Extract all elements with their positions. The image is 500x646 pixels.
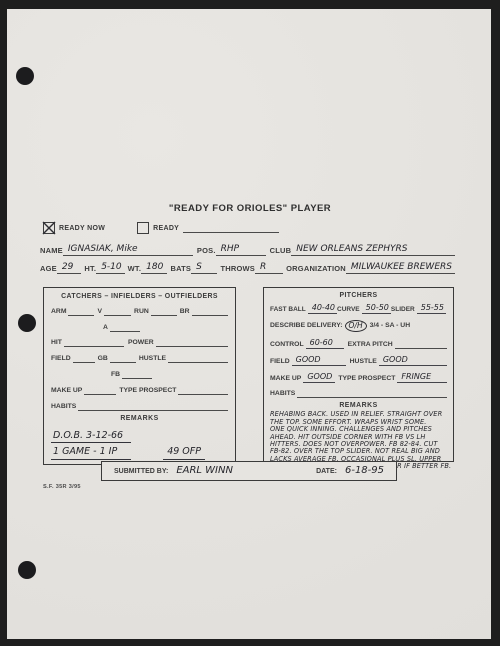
curve-label: CURVE xyxy=(337,306,362,314)
control-label: CONTROL xyxy=(270,341,306,349)
fb-blank xyxy=(122,370,152,379)
hit-label: HIT xyxy=(51,339,64,347)
arm-row: ARM V RUN BR xyxy=(51,307,228,316)
organization-value: MILWAUKEE BREWERS xyxy=(346,263,455,274)
hole-punch-bottom xyxy=(18,561,36,579)
habits-row: HABITS xyxy=(51,402,228,411)
game-note: 1 GAME - 1 IP xyxy=(51,447,131,460)
ht-label: HT. xyxy=(84,264,96,274)
club-value: NEW ORLEANS ZEPHYRS xyxy=(291,245,455,256)
scanned-scouting-report: "READY FOR ORIOLES" PLAYER READY NOW REA… xyxy=(0,0,500,646)
hole-punch-top xyxy=(16,67,34,85)
pitcher-habits-row: HABITS xyxy=(270,389,447,398)
date-label: DATE: xyxy=(316,468,337,475)
pitcher-field-value: GOOD xyxy=(292,356,346,366)
pitchers-box: PITCHERS FAST BALL 40-40 CURVE 50-50 SLI… xyxy=(263,287,454,462)
wt-label: WT. xyxy=(128,264,142,274)
hit-row: HIT POWER xyxy=(51,338,228,347)
extra-pitch-blank xyxy=(395,340,447,349)
control-row: CONTROL 60-60 EXTRA PITCH xyxy=(270,339,447,349)
name-label: NAME xyxy=(40,246,63,256)
pitcher-type-prospect-value: FRINGE xyxy=(397,373,447,383)
hole-punch-middle xyxy=(18,314,36,332)
position-remarks-label: REMARKS xyxy=(51,415,228,422)
control-value: 60-60 xyxy=(306,339,344,349)
slider-value: 55-55 xyxy=(417,304,446,314)
submitted-bar: SUBMITTED BY: EARL WINN DATE: 6-18-95 xyxy=(101,461,397,481)
field-row: FIELD GB HUSTLE xyxy=(51,354,228,363)
name-value: IGNASIAK, Mike xyxy=(63,245,193,256)
pos-value: RHP xyxy=(216,245,266,256)
dob-note: D.O.B. 3-12-66 xyxy=(51,431,131,444)
ready-now-checkbox xyxy=(43,222,55,234)
br-blank xyxy=(192,307,228,316)
describe-delivery-label: DESCRIBE DELIVERY: xyxy=(270,322,345,330)
field-blank xyxy=(73,354,95,363)
age-label: AGE xyxy=(40,264,57,274)
habits-blank xyxy=(78,402,228,411)
position-box-title: CATCHERS – INFIELDERS – OUTFIELDERS xyxy=(51,293,228,300)
fb-row: FB xyxy=(111,370,228,379)
pitcher-field-label: FIELD xyxy=(270,358,292,366)
arm-blank xyxy=(68,307,94,316)
ready-label: READY xyxy=(153,225,179,232)
delivery-overhand-circled: O/H xyxy=(345,320,367,332)
extra-pitch-label: EXTRA PITCH xyxy=(348,341,395,349)
ofp-note: 49 OFP xyxy=(163,447,205,460)
throws-value: R xyxy=(255,263,283,274)
pitcher-field-row: FIELD GOOD HUSTLE GOOD xyxy=(270,356,447,366)
pitcher-habits-blank xyxy=(297,389,447,398)
fb-label: FB xyxy=(111,371,122,379)
habits-label: HABITS xyxy=(51,403,78,411)
fast-ball-label: FAST BALL xyxy=(270,306,308,314)
makeup-row: MAKE UP TYPE PROSPECT xyxy=(51,386,228,395)
ready-checkbox xyxy=(137,222,149,234)
run-blank xyxy=(151,307,177,316)
hustle-blank xyxy=(168,354,228,363)
submitted-by-label: SUBMITTED BY: xyxy=(114,468,168,475)
bats-label: BATS xyxy=(170,264,191,274)
gb-label: GB xyxy=(98,355,110,363)
name-row: NAME IGNASIAK, Mike POS. RHP CLUB NEW OR… xyxy=(40,245,455,256)
delivery-options: 3/4 - SA - UH xyxy=(370,322,413,330)
ready-now-label: READY NOW xyxy=(59,225,105,232)
pitcher-makeup-value: GOOD xyxy=(303,373,335,383)
readiness-row: READY NOW READY xyxy=(43,221,343,235)
field-label: FIELD xyxy=(51,355,73,363)
ready-blank xyxy=(183,223,279,233)
gb-blank xyxy=(110,354,136,363)
pitcher-hustle-value: GOOD xyxy=(379,356,447,366)
pitcher-habits-label: HABITS xyxy=(270,390,297,398)
arm-label: ARM xyxy=(51,308,68,316)
v-blank xyxy=(104,307,131,316)
pitches-row: FAST BALL 40-40 CURVE 50-50 SLIDER 55-55 xyxy=(270,304,447,314)
makeup-blank xyxy=(84,386,116,395)
slider-label: SLIDER xyxy=(391,306,417,314)
pitcher-makeup-label: MAKE UP xyxy=(270,375,303,383)
pitcher-hustle-label: HUSTLE xyxy=(350,358,379,366)
br-label: BR xyxy=(180,308,192,316)
wt-value: 180 xyxy=(141,263,167,274)
hit-blank xyxy=(64,338,124,347)
form-code: S.F. 35R 3/95 xyxy=(43,484,81,490)
bio-row: AGE 29 HT. 5-10 WT. 180 BATS S THROWS R … xyxy=(40,263,455,274)
throws-label: THROWS xyxy=(220,264,255,274)
makeup-label: MAKE UP xyxy=(51,387,84,395)
submitted-by-value: EARL WINN xyxy=(176,466,233,476)
ht-value: 5-10 xyxy=(96,263,124,274)
date-value: 6-18-95 xyxy=(345,466,384,476)
pitcher-remarks-label: REMARKS xyxy=(270,402,447,409)
x-mark-icon xyxy=(42,221,56,235)
organization-label: ORGANIZATION xyxy=(286,264,346,274)
club-label: CLUB xyxy=(270,246,292,256)
type-prospect-label: TYPE PROSPECT xyxy=(119,387,178,395)
power-blank xyxy=(156,338,228,347)
delivery-row: DESCRIBE DELIVERY: O/H 3/4 - SA - UH xyxy=(270,320,447,332)
a-label: A xyxy=(103,324,110,332)
form-title: "READY FOR ORIOLES" PLAYER xyxy=(0,203,500,214)
type-prospect-blank xyxy=(178,386,228,395)
a-blank xyxy=(110,323,140,332)
pos-label: POS. xyxy=(197,246,216,256)
power-label: POWER xyxy=(128,339,156,347)
position-players-box: CATCHERS – INFIELDERS – OUTFIELDERS ARM … xyxy=(43,287,236,465)
a-row: A xyxy=(103,323,228,332)
pitchers-box-title: PITCHERS xyxy=(270,292,447,299)
pitcher-type-prospect-label: TYPE PROSPECT xyxy=(338,375,397,383)
run-label: RUN xyxy=(134,308,151,316)
bats-value: S xyxy=(191,263,217,274)
age-value: 29 xyxy=(57,263,81,274)
hustle-label: HUSTLE xyxy=(139,355,168,363)
curve-value: 50-50 xyxy=(362,304,391,314)
pitcher-makeup-row: MAKE UP GOOD TYPE PROSPECT FRINGE xyxy=(270,373,447,383)
fast-ball-value: 40-40 xyxy=(308,304,337,314)
